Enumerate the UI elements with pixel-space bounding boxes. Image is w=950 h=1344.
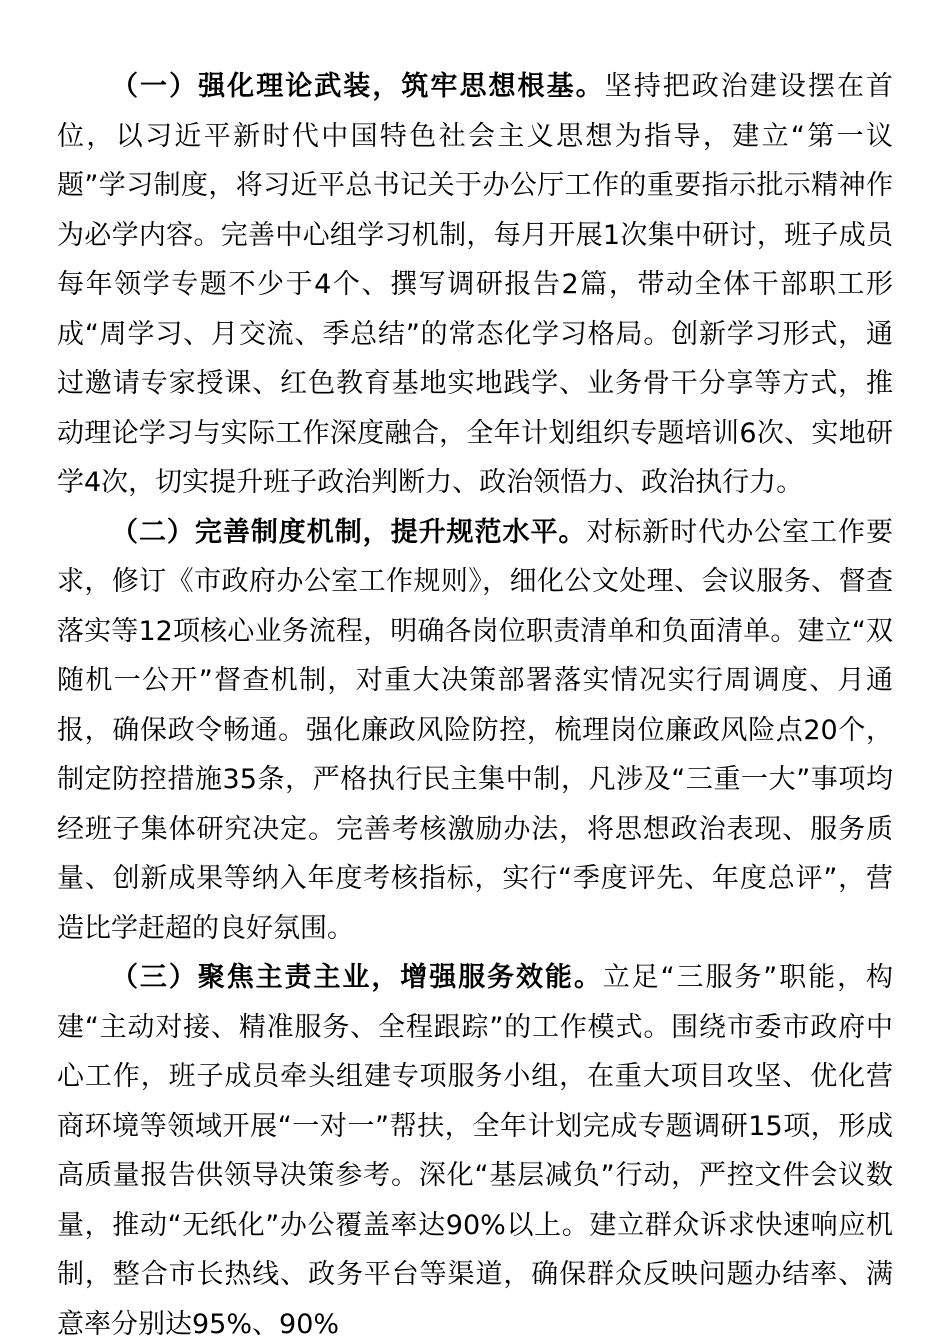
document-page: （一）强化理论武装，筑牢思想根基。坚持把政治建设摆在首位，以习近平新时代中国特色… xyxy=(0,0,950,1344)
paragraph-heading: （一）强化理论武装，筑牢思想根基。 xyxy=(111,71,605,102)
paragraph: （一）强化理论武装，筑牢思想根基。坚持把政治建设摆在首位，以习近平新时代中国特色… xyxy=(57,62,893,508)
paragraph-heading: （二）完善制度机制，提升规范水平。 xyxy=(111,517,586,548)
paragraph-body: 立足“三服务”职能，构建“主动对接、精准服务、全程跟踪”的工作模式。围绕市委市政… xyxy=(57,962,893,1340)
paragraph-body: 坚持把政治建设摆在首位，以习近平新时代中国特色社会主义思想为指导，建立“第一议题… xyxy=(57,71,893,498)
paragraph-heading: （三）聚焦主责主业，增强服务效能。 xyxy=(111,962,603,993)
paragraph-body: 对标新时代办公室工作要求，修订《市政府办公室工作规则》，细化公文处理、会议服务、… xyxy=(57,517,893,944)
paragraph: （二）完善制度机制，提升规范水平。对标新时代办公室工作要求，修订《市政府办公室工… xyxy=(57,508,893,954)
paragraph: （三）聚焦主责主业，增强服务效能。立足“三服务”职能，构建“主动对接、精准服务、… xyxy=(57,953,893,1344)
